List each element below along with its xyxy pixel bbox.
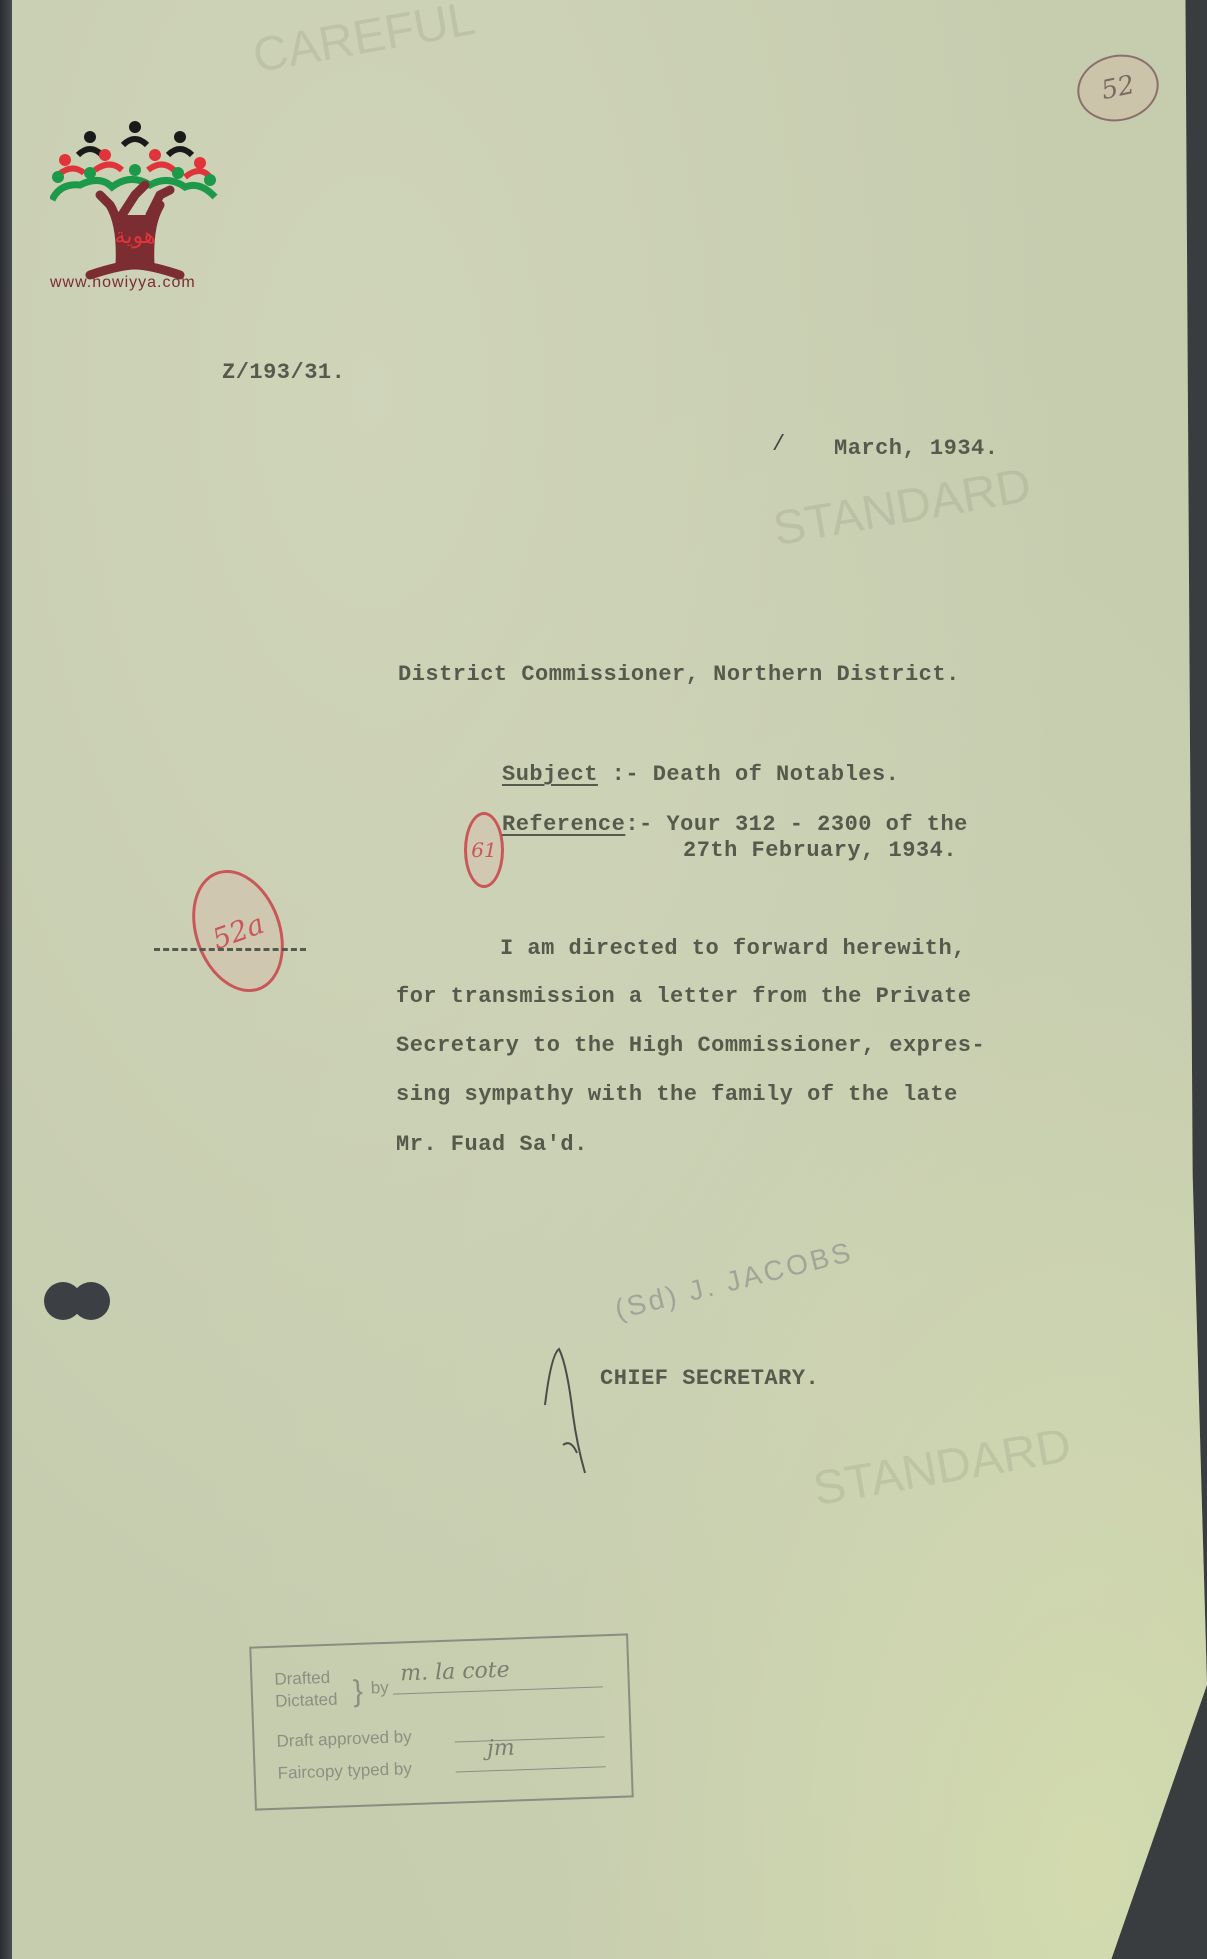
reference-value-1: Your 312 - 2300 of the	[666, 812, 967, 837]
body-line: Secretary to the High Commissioner, expr…	[396, 1033, 985, 1058]
dictated-label: Dictated	[275, 1690, 338, 1712]
bleed-through-stamp: STANDARD	[809, 1418, 1075, 1517]
file-reference: Z/193/31.	[222, 360, 345, 385]
reference-line-1: Reference:- Your 312 - 2300 of the	[502, 812, 968, 837]
bleed-through-stamp: CAREFUL	[249, 0, 479, 84]
watermark-url: www.howiyya.com	[50, 274, 196, 292]
body-line: for transmission a letter from the Priva…	[396, 984, 972, 1009]
drafted-label: Drafted	[274, 1668, 330, 1690]
signature-stamp: (Sd) J. JACOBS	[612, 1236, 857, 1326]
date-day-mark: /	[772, 432, 786, 457]
enclosure-annotation: 52a	[176, 857, 300, 1005]
subject-line: Subject :- Death of Notables.	[502, 762, 899, 787]
body-line: Mr. Fuad Sa'd.	[396, 1132, 588, 1157]
reference-annotation: 61	[464, 812, 504, 888]
draft-approved-label: Draft approved by	[276, 1727, 412, 1752]
handwritten-initial-icon	[537, 1345, 597, 1475]
subject-separator: :-	[598, 762, 653, 787]
reference-separator: :-	[625, 812, 666, 837]
reference-line-2: 27th February, 1934.	[683, 838, 957, 863]
svg-text:هوية: هوية	[115, 224, 156, 249]
drafted-by-value: m. la cote	[400, 1658, 510, 1687]
addressee: District Commissioner, Northern District…	[398, 662, 960, 687]
letter-date: March, 1934.	[834, 436, 998, 461]
draft-approved-line	[455, 1736, 605, 1742]
folio-number-stamp: 52	[1071, 47, 1165, 129]
tree-of-people-logo-icon: هوية	[50, 100, 220, 300]
enclosure-dash-line	[154, 948, 306, 951]
punch-hole	[44, 1282, 110, 1320]
bleed-through-stamp: STANDARD	[769, 458, 1035, 557]
subject-value: Death of Notables.	[653, 762, 900, 787]
fair-copy-value: jm	[487, 1735, 516, 1761]
signatory-title: CHIEF SECRETARY.	[600, 1366, 819, 1391]
scan-left-edge	[0, 0, 12, 1959]
by-label: by	[370, 1678, 389, 1699]
fair-copy-label: Faircopy typed by	[277, 1759, 412, 1784]
fair-copy-line	[456, 1766, 606, 1772]
drafted-by-line	[393, 1686, 603, 1694]
draft-record-box: Drafted Dictated } by m. la cote Draft a…	[249, 1633, 633, 1810]
reference-label: Reference	[502, 812, 625, 837]
body-line: I am directed to forward herewith,	[500, 936, 966, 961]
body-line: sing sympathy with the family of the lat…	[396, 1082, 958, 1107]
subject-label: Subject	[502, 762, 598, 787]
brace: }	[352, 1675, 363, 1709]
document-page: CAREFUL STANDARD STANDARD هوية www.howiy…	[12, 0, 1207, 1959]
